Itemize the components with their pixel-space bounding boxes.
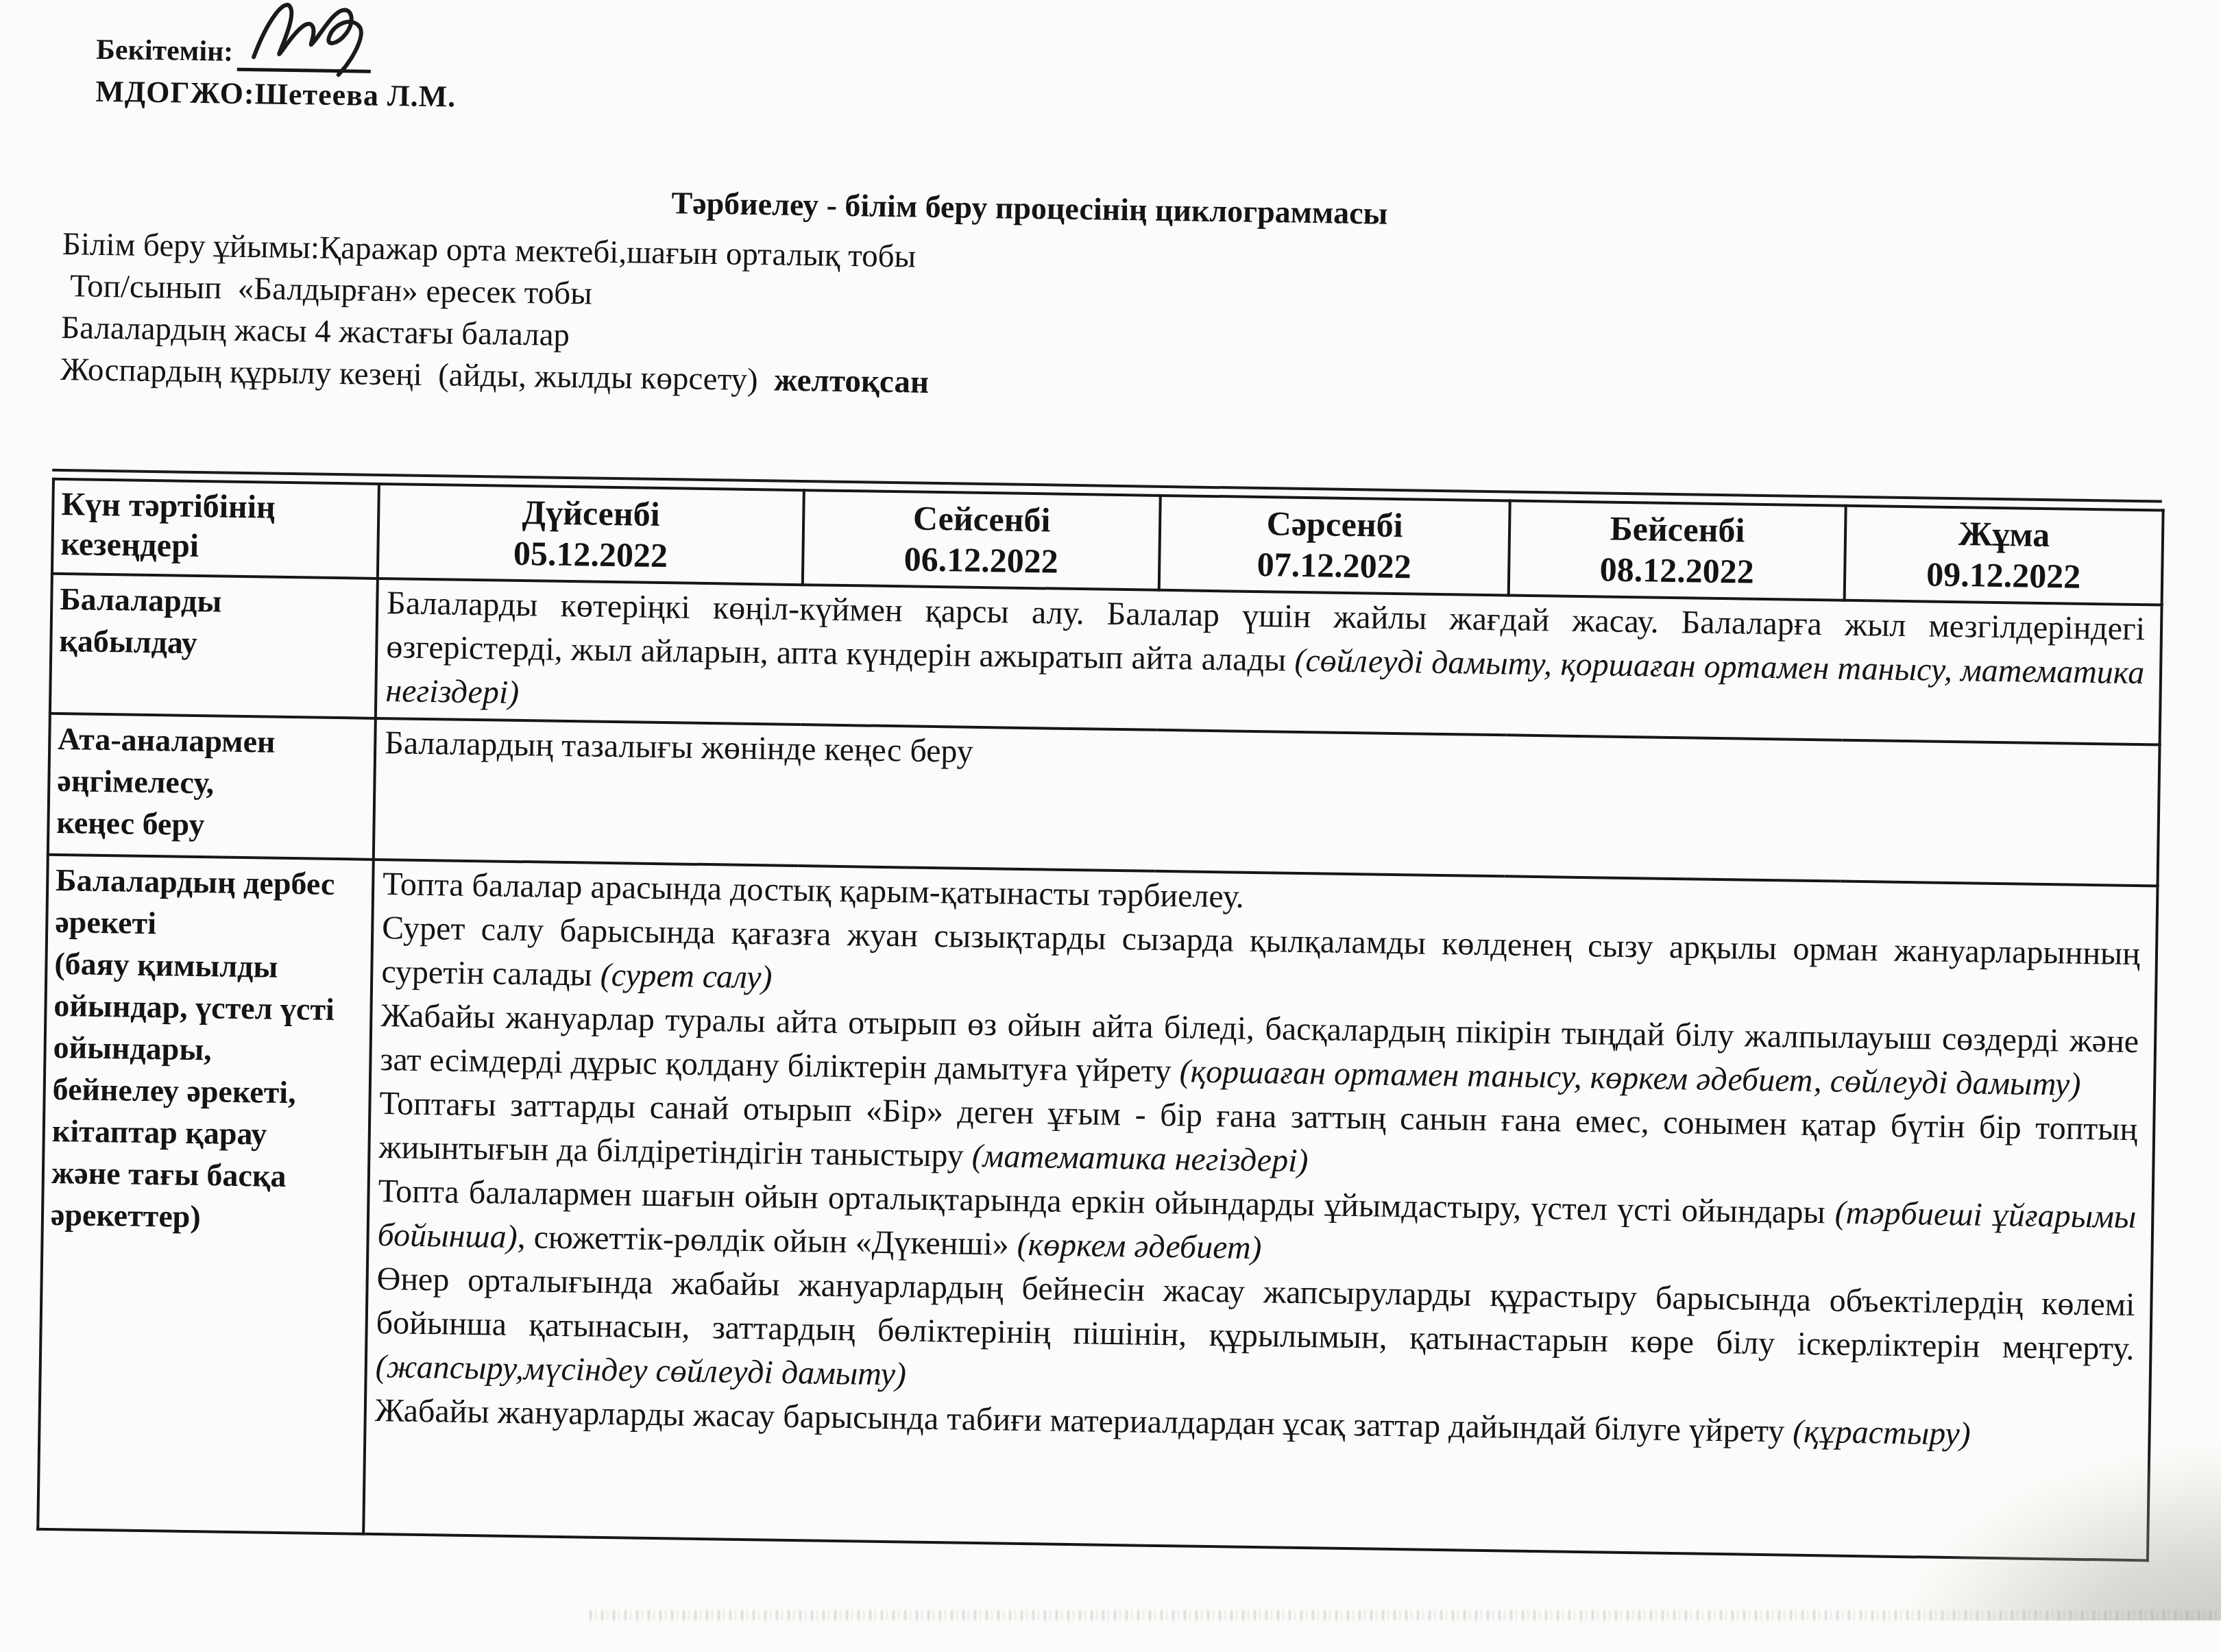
meta-period-month: желтоқсан xyxy=(774,362,930,400)
row-label: Балалардың дербес әрекеті (баяу қимылды … xyxy=(38,855,374,1534)
day-date: 07.12.2022 xyxy=(1163,542,1505,588)
content-paragraph: Өнер орталығында жабайы жануарлардың бей… xyxy=(375,1257,2135,1415)
approval-block: Бекітемін: МДОГЖО:Шетеева Л.М. xyxy=(95,31,457,117)
header-day-col: Жұма09.12.2022 xyxy=(1845,506,2163,605)
activity-type-note: (құрастыру) xyxy=(1793,1413,1971,1453)
day-name: Сәрсенбі xyxy=(1164,501,1506,547)
day-name: Жұма xyxy=(1849,511,2159,557)
meta-lines: Білім беру ұйымы:Қаражар орта мектебі,ша… xyxy=(60,223,931,404)
row-content: Балаларды көтеріңкі көңіл-күймен қарсы а… xyxy=(376,579,2162,745)
day-name: Бейсенбі xyxy=(1514,507,1842,552)
activity-type-note: (математика негіздері) xyxy=(971,1138,1308,1179)
scanned-page: Бекітемін: МДОГЖО:Шетеева Л.М. Тәрбиелеу… xyxy=(0,0,2221,1620)
signature-scribble xyxy=(244,0,389,82)
activity-type-note: (жапсыру,мүсіндеу сөйлеуді дамыту) xyxy=(375,1348,906,1392)
activity-type-note: (сурет салу) xyxy=(600,957,772,996)
day-name: Сейсенбі xyxy=(808,496,1156,542)
activity-type-note: (көркем әдебиет) xyxy=(1017,1226,1261,1266)
header-day-col: Сәрсенбі07.12.2022 xyxy=(1159,496,1510,596)
row-label: Балаларды қабылдау xyxy=(50,574,378,718)
row-content: Топта балалар арасында достық қарым-қаты… xyxy=(363,860,2157,1561)
cyclogram-table: Күн тәртібінің кезеңдері Дүйсенбі05.12.2… xyxy=(36,478,2164,1562)
header-day-col: Бейсенбі08.12.2022 xyxy=(1509,500,1846,600)
header-day-col: Дүйсенбі05.12.2022 xyxy=(378,484,804,585)
row-content: Балалардың тазалығы жөнінде кеңес беру xyxy=(374,718,2160,886)
meta-period-label: Жоспардың құрылу кезеңі (айды, жылды көр… xyxy=(60,352,775,398)
signature-line xyxy=(237,34,372,73)
day-date: 06.12.2022 xyxy=(807,537,1156,583)
cyclogram-table-wrap: Күн тәртібінің кезеңдері Дүйсенбі05.12.2… xyxy=(36,469,2162,1562)
day-date: 05.12.2022 xyxy=(382,531,799,578)
table-row: Балалардың дербес әрекеті (баяу қимылды … xyxy=(38,855,2157,1561)
activity-text: Балалардың тазалығы жөнінде кеңес беру xyxy=(385,725,973,770)
approval-label: Бекітемін: xyxy=(96,31,234,71)
content-paragraph: Балаларды көтеріңкі көңіл-күймен қарсы а… xyxy=(385,581,2146,739)
activity-text: , сюжеттік-рөлдік ойын «Дүкенші» xyxy=(517,1219,1017,1263)
day-date: 09.12.2022 xyxy=(1849,552,2159,598)
header-day-col: Сейсенбі06.12.2022 xyxy=(803,490,1161,590)
row-label: Ата-аналармен әңгімелесу, кеңес беру xyxy=(48,714,376,860)
header-period-col: Күн тәртібінің кезеңдері xyxy=(52,479,379,579)
day-name: Дүйсенбі xyxy=(383,489,800,537)
day-date: 08.12.2022 xyxy=(1513,547,1841,593)
